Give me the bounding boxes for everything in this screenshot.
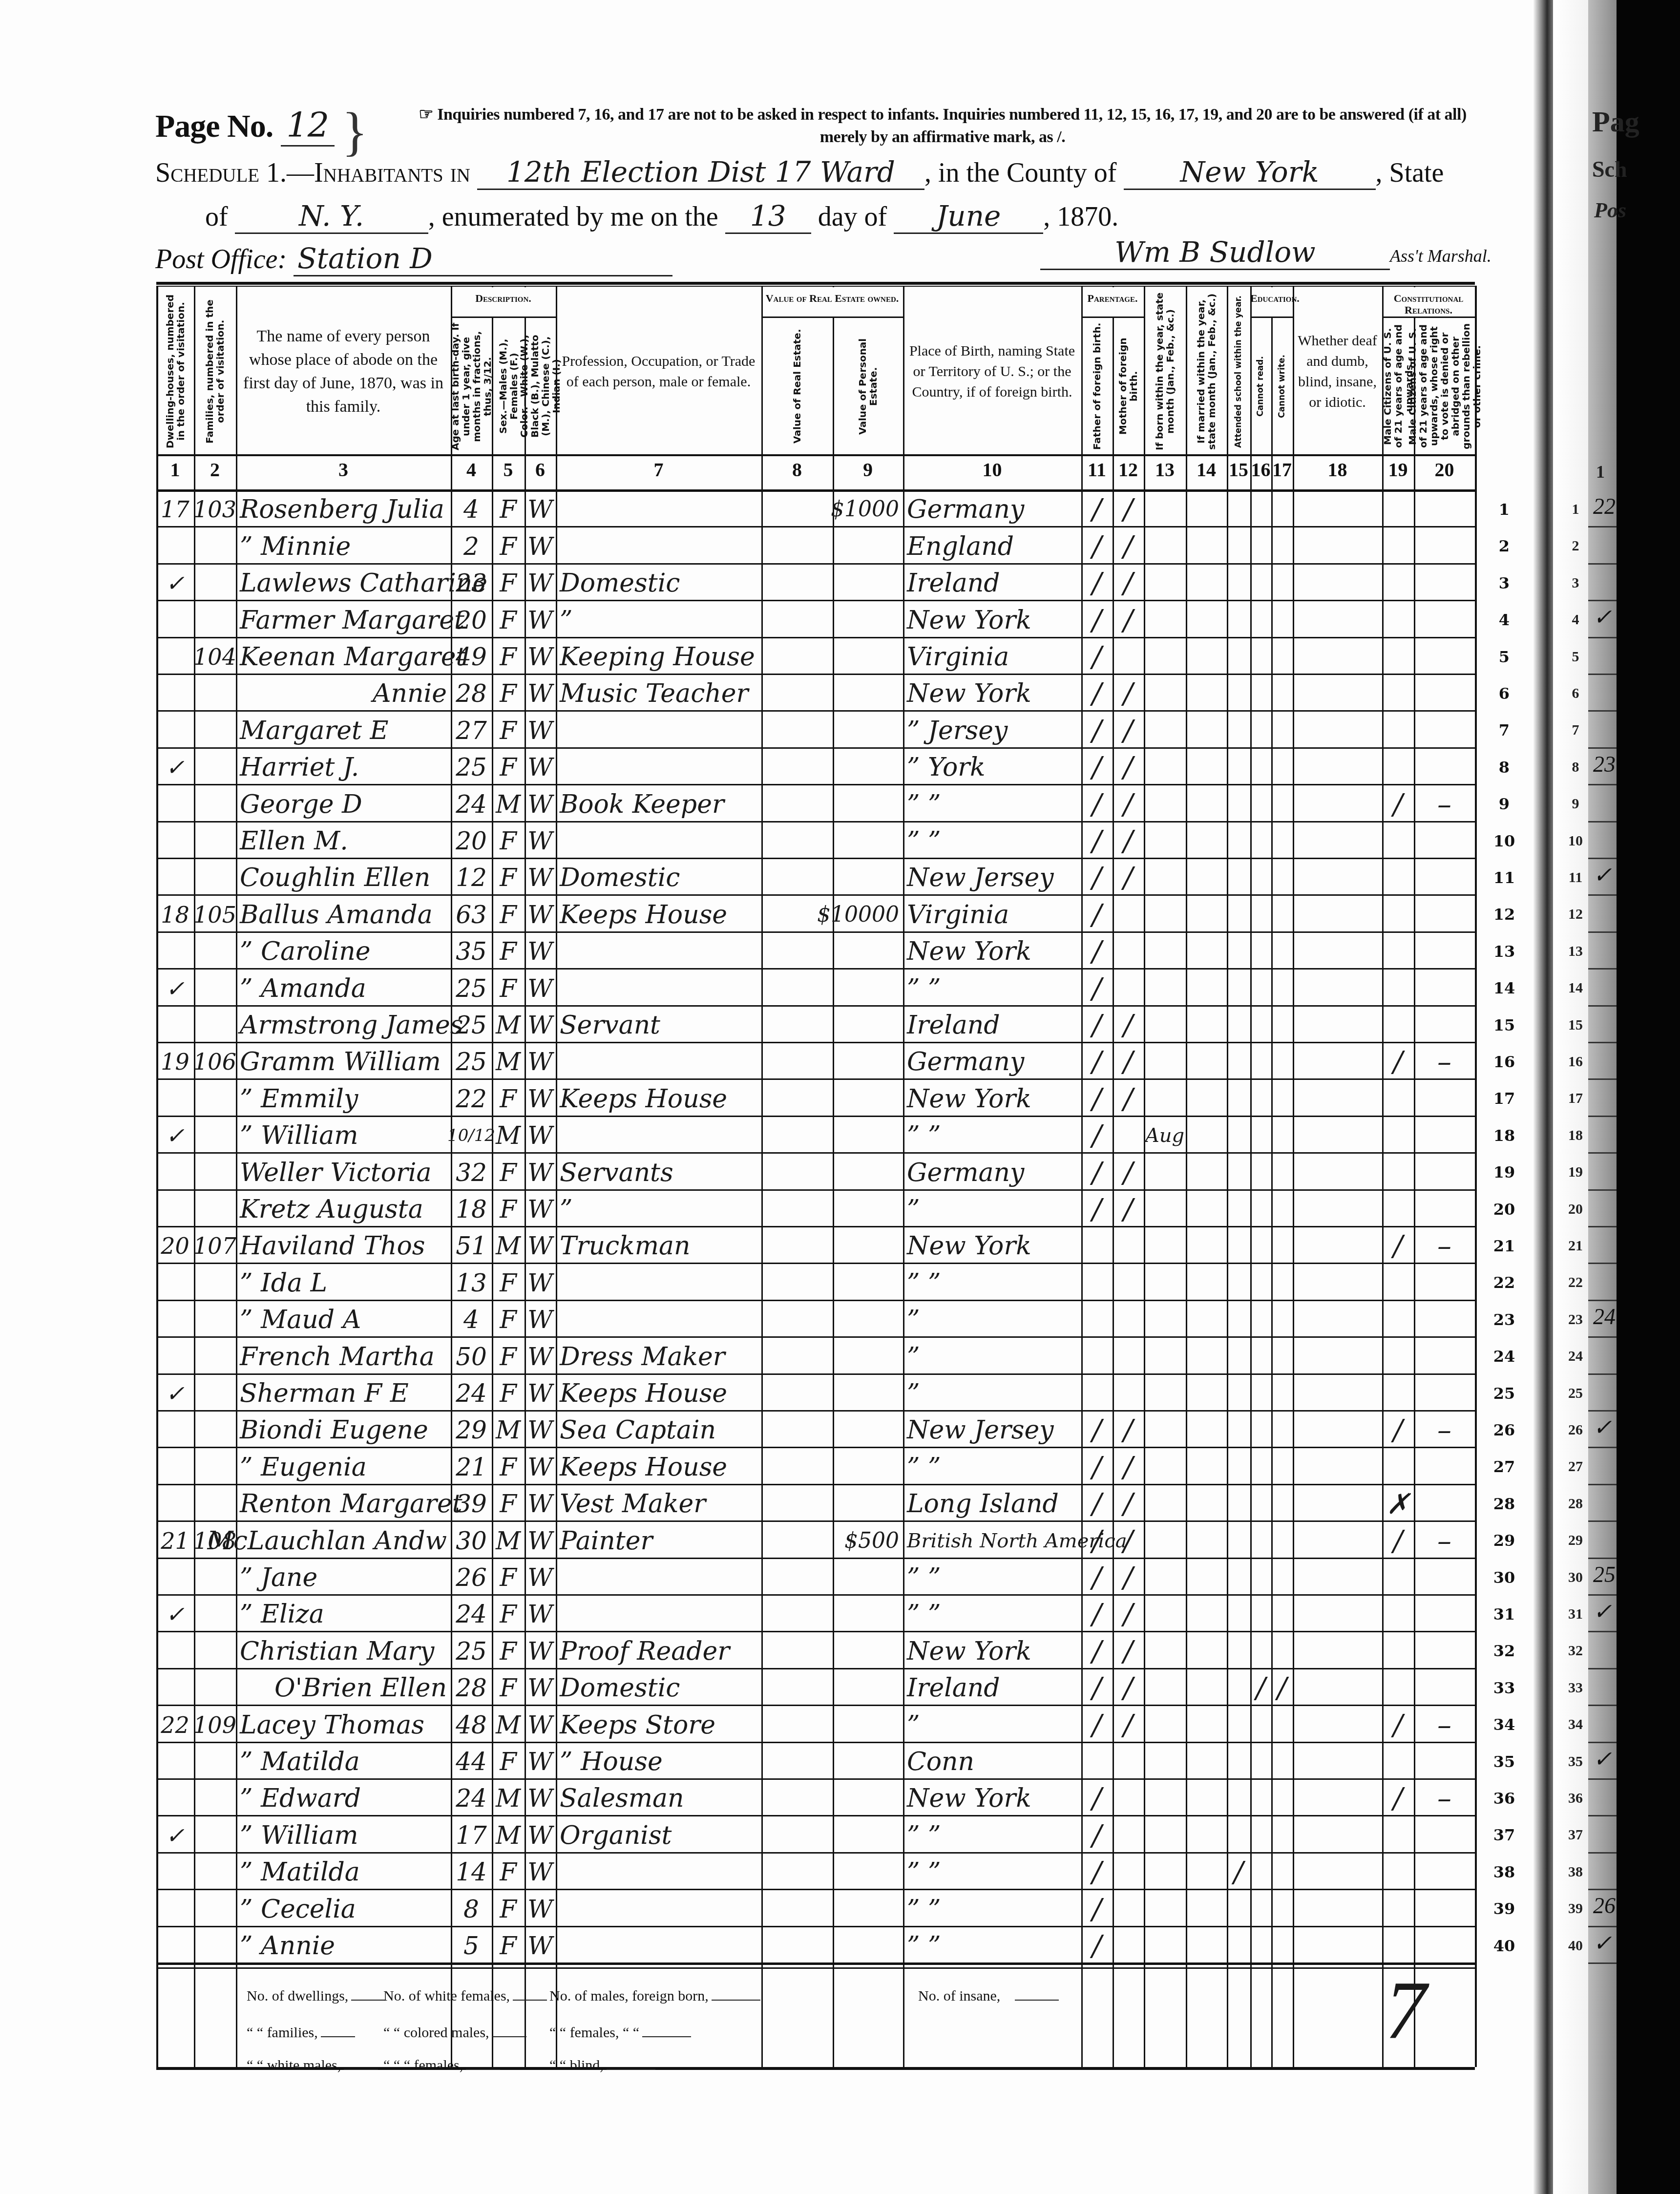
cell-family: 103	[194, 491, 236, 524]
adjacent-row-number: 28	[1561, 1496, 1590, 1512]
cell-age: 27	[451, 712, 492, 745]
row-rule	[156, 1484, 1475, 1485]
cell-father-foreign: /	[1081, 786, 1113, 819]
row-rule	[156, 1152, 1475, 1154]
row-rule	[156, 1926, 1475, 1927]
cell-sex: F	[492, 1560, 525, 1592]
adjacent-row-number: 29	[1561, 1532, 1590, 1549]
row-rule	[156, 1078, 1475, 1080]
adjacent-title-3: Pos	[1594, 198, 1626, 223]
row-number: 17	[1487, 1089, 1521, 1108]
cell-age: 24	[451, 1375, 492, 1408]
cell-sex: F	[492, 1080, 525, 1113]
cell-father-foreign: /	[1081, 639, 1113, 672]
column-number-14: 14	[1186, 458, 1227, 481]
cell-age: 2	[451, 528, 492, 561]
adjacent-row-number: 3	[1561, 575, 1590, 591]
column-header-17: Cannot write.	[1273, 321, 1291, 451]
adjacent-row-number: 14	[1561, 980, 1590, 996]
cell-name: ” Matilda	[240, 1744, 447, 1776]
adjacent-row-rule	[1588, 784, 1617, 785]
column-number-1: 1	[156, 458, 194, 481]
row-rule	[156, 1447, 1475, 1448]
row-number: 31	[1487, 1605, 1521, 1624]
cell-mother-foreign: /	[1113, 1154, 1144, 1187]
cell-dwelling: ✓	[156, 1817, 194, 1850]
cell-name: ” William	[240, 1817, 447, 1850]
cell-father-foreign: /	[1081, 602, 1113, 634]
adjacent-row-number: 23	[1561, 1311, 1590, 1328]
cell-father-foreign: /	[1081, 1007, 1113, 1040]
cell-father-foreign: /	[1081, 1191, 1113, 1224]
cell-name: Haviland Thos	[240, 1228, 447, 1261]
adjacent-row-rule	[1588, 1300, 1617, 1301]
adjacent-row-rule	[1588, 747, 1617, 749]
column-header-3: The name of every person whose place of …	[239, 289, 448, 454]
cell-age: 44	[451, 1744, 492, 1776]
cell-father-foreign: /	[1081, 675, 1113, 708]
adjacent-row-rule	[1588, 1962, 1617, 1964]
cell-occupation: Domestic	[560, 860, 757, 892]
cell-name: Ballus Amanda	[240, 896, 447, 929]
group-header-constitutional: Constitutional Relations.	[1382, 293, 1475, 316]
cell-color: W	[525, 1044, 556, 1076]
cell-name: Margaret E	[240, 712, 447, 745]
row-number: 35	[1487, 1752, 1521, 1771]
cell-birthplace: New York	[907, 1780, 1077, 1813]
cell-age: 25	[451, 749, 492, 782]
cell-vote-denied: –	[1414, 1412, 1475, 1445]
cell-mother-foreign: /	[1113, 1560, 1144, 1592]
adjacent-row-number: 38	[1561, 1864, 1590, 1880]
cell-color: W	[525, 1228, 556, 1261]
row-number: 7	[1487, 721, 1521, 739]
adjacent-row-number: 8	[1561, 759, 1590, 776]
cell-occupation: Book Keeper	[560, 786, 757, 819]
adjacent-row-rule	[1588, 821, 1617, 823]
cell-birthplace: ”	[907, 1375, 1077, 1408]
adjacent-row-rule	[1588, 1889, 1617, 1890]
cell-age: 29	[451, 1412, 492, 1445]
cell-vote-denied: –	[1414, 1707, 1475, 1739]
cell-name: Annie	[240, 675, 447, 708]
cell-occupation: Keeps House	[560, 1375, 757, 1408]
cell-color: W	[525, 1560, 556, 1592]
cell-age: 30	[451, 1522, 492, 1555]
column-header-4: Age at last birth-day. If under 1 year, …	[452, 321, 490, 451]
cell-male-citizen: /	[1382, 1707, 1414, 1739]
cell-sex: M	[492, 1522, 525, 1555]
footer-col-b-1: “ “ colored males,	[383, 2025, 526, 2041]
adjacent-row-rule	[1588, 1852, 1617, 1854]
column-rule	[1144, 286, 1145, 2067]
adjacent-row-rule	[1588, 1410, 1617, 1412]
cell-personal-estate: $1000	[837, 491, 899, 524]
adjacent-row-rule	[1588, 1447, 1617, 1448]
row-rule	[156, 1226, 1475, 1227]
cell-color: W	[525, 970, 556, 1003]
adjacent-row-number: 36	[1561, 1790, 1590, 1807]
cell-sex: F	[492, 1928, 525, 1961]
row-rule	[156, 784, 1475, 785]
adjacent-margin-mark: ✓	[1593, 1930, 1612, 1956]
cell-color: W	[525, 1265, 556, 1297]
cell-mother-foreign: /	[1113, 528, 1144, 561]
row-rule	[156, 1705, 1475, 1706]
column-header-7: Profession, Occupation, or Trade of each…	[559, 289, 758, 454]
row-rule	[156, 1558, 1475, 1559]
row-rule	[156, 1668, 1475, 1669]
adjacent-row-rule	[1588, 1336, 1617, 1338]
cell-father-foreign: /	[1081, 1596, 1113, 1629]
cell-dwelling: ✓	[156, 970, 194, 1003]
adjacent-row-number: 20	[1561, 1201, 1590, 1218]
row-rule	[156, 1300, 1475, 1301]
cell-male-citizen: /	[1382, 1522, 1414, 1555]
cell-birthplace: New York	[907, 1228, 1077, 1261]
cell-mother-foreign: /	[1113, 1080, 1144, 1113]
cell-occupation: Servants	[560, 1154, 757, 1187]
cell-vote-denied: –	[1414, 786, 1475, 819]
group-rule	[451, 316, 556, 318]
cell-father-foreign: /	[1081, 1891, 1113, 1923]
column-number-7: 7	[556, 458, 761, 481]
cell-name: Lawlews Catharine	[240, 565, 447, 598]
adjacent-row-number: 27	[1561, 1458, 1590, 1475]
cell-born-month: Aug	[1148, 1118, 1182, 1150]
cell-mother-foreign: /	[1113, 1007, 1144, 1040]
adjacent-row-rule	[1588, 1189, 1617, 1191]
adjacent-row-number: 10	[1561, 833, 1590, 849]
column-header-16: Cannot read.	[1252, 321, 1270, 451]
cell-name: ” Jane	[240, 1560, 447, 1592]
footer-col-a-2: “ “ white males,	[247, 2057, 378, 2074]
row-number: 10	[1487, 832, 1521, 850]
adjacent-row-number: 24	[1561, 1348, 1590, 1365]
cell-name: Kretz Augusta	[240, 1191, 447, 1224]
cell-age: 24	[451, 786, 492, 819]
row-number: 16	[1487, 1053, 1521, 1071]
cell-mother-foreign: /	[1113, 1449, 1144, 1481]
cell-name: French Martha	[240, 1338, 447, 1371]
row-rule	[156, 931, 1475, 933]
cell-age: 28	[451, 1670, 492, 1703]
cell-name: Armstrong James	[240, 1007, 447, 1040]
adjacent-row-rule	[1588, 1373, 1617, 1375]
cell-age: 50	[451, 1338, 492, 1371]
column-header-9: Value of Personal Estate.	[834, 321, 902, 451]
census-page: Page No. 12 } ☞ Inquiries numbered 7, 16…	[0, 0, 1533, 2194]
adjacent-row-number: 35	[1561, 1753, 1590, 1770]
cell-name: ” Emmily	[240, 1080, 447, 1113]
cell-birthplace: Germany	[907, 1044, 1077, 1076]
cell-color: W	[525, 823, 556, 856]
group-header-real_estate: Value of Real Estate owned.	[761, 293, 903, 304]
cell-age: 26	[451, 1560, 492, 1592]
cell-birthplace: Ireland	[907, 565, 1077, 598]
cell-age: 48	[451, 1707, 492, 1739]
row-number: 21	[1487, 1237, 1521, 1255]
row-rule	[156, 1852, 1475, 1854]
adjacent-margin-mark: 26	[1593, 1893, 1616, 1919]
adjacent-row-number: 6	[1561, 685, 1590, 702]
footer-col19-total: 7	[1385, 1968, 1427, 2051]
row-rule	[156, 563, 1475, 565]
cell-sex: M	[492, 786, 525, 819]
row-number: 4	[1487, 611, 1521, 629]
cell-name: Renton Margaret	[240, 1486, 447, 1519]
cell-sex: M	[492, 1412, 525, 1445]
adjacent-margin-mark: ✓	[1593, 862, 1612, 888]
cell-sex: F	[492, 749, 525, 782]
row-number: 15	[1487, 1016, 1521, 1034]
row-number: 9	[1487, 795, 1521, 813]
cell-occupation: Keeps House	[560, 1080, 757, 1113]
cell-birthplace: ”	[907, 1191, 1077, 1224]
cell-color: W	[525, 639, 556, 672]
cell-age: 25	[451, 1633, 492, 1666]
cell-age: 24	[451, 1780, 492, 1813]
cell-mother-foreign: /	[1113, 1707, 1144, 1739]
adjacent-title-1: Pag	[1592, 105, 1639, 139]
cell-name: Weller Victoria	[240, 1154, 447, 1187]
row-rule	[156, 637, 1475, 638]
cell-mother-foreign: /	[1113, 860, 1144, 892]
adjacent-row-rule	[1588, 1594, 1617, 1596]
binding-gutter	[1533, 0, 1553, 2194]
cell-sex: F	[492, 933, 525, 966]
cell-color: W	[525, 1302, 556, 1334]
cell-occupation: Salesman	[560, 1780, 757, 1813]
cell-age: 25	[451, 1007, 492, 1040]
cell-age: 8	[451, 1891, 492, 1923]
cell-dwelling: ✓	[156, 565, 194, 598]
cell-dwelling: ✓	[156, 749, 194, 782]
cell-sex: F	[492, 528, 525, 561]
column-rule	[1227, 286, 1228, 2067]
column-header-6: Color.—White (W.), Black (B.), Mulatto (…	[526, 321, 554, 451]
cell-birthplace: ”	[907, 1302, 1077, 1334]
cell-family: 104	[194, 639, 236, 672]
row-number: 12	[1487, 905, 1521, 924]
cell-occupation: Keeping House	[560, 639, 757, 672]
adjacent-row-rule	[1588, 1226, 1617, 1227]
cell-color: W	[525, 1191, 556, 1224]
column-header-11: Father of foreign birth.	[1083, 321, 1111, 451]
column-header-18: Whether deaf and dumb, blind, insane, or…	[1296, 289, 1379, 454]
cell-birthplace: ” Jersey	[907, 712, 1077, 745]
row-number: 19	[1487, 1163, 1521, 1181]
cell-color: W	[525, 749, 556, 782]
table-top-rule-thin	[156, 286, 1475, 287]
cell-mother-foreign: /	[1113, 1633, 1144, 1666]
cell-color: W	[525, 786, 556, 819]
cell-color: W	[525, 565, 556, 598]
adjacent-row-number: 13	[1561, 943, 1590, 960]
cell-sex: F	[492, 1375, 525, 1408]
cell-age: 4	[451, 491, 492, 524]
cell-mother-foreign: /	[1113, 1596, 1144, 1629]
group-rule	[1081, 316, 1144, 318]
footer-col-a-1: “ “ families,	[247, 2025, 355, 2041]
scan-background	[1617, 0, 1680, 2194]
column-number-12: 12	[1113, 458, 1144, 481]
cell-birthplace: ” ”	[907, 1596, 1077, 1629]
adjacent-row-rule	[1588, 1631, 1617, 1632]
cell-name: ” Minnie	[240, 528, 447, 561]
cell-family: 106	[194, 1044, 236, 1076]
cell-age: 13	[451, 1265, 492, 1297]
cell-birthplace: ” ”	[907, 1560, 1077, 1592]
adjacent-col-number: 1	[1596, 462, 1605, 482]
row-number: 24	[1487, 1347, 1521, 1366]
adjacent-row-rule	[1588, 1815, 1617, 1816]
cell-dwelling: ✓	[156, 1118, 194, 1150]
cell-mother-foreign: /	[1113, 786, 1144, 819]
cell-age: 35	[451, 933, 492, 966]
adjacent-row-rule	[1588, 600, 1617, 601]
cell-age: 49	[451, 639, 492, 672]
column-number-19: 19	[1382, 458, 1414, 481]
row-rule	[156, 1889, 1475, 1890]
row-number: 3	[1487, 574, 1521, 592]
cell-dwelling: 17	[156, 491, 194, 524]
row-number: 32	[1487, 1642, 1521, 1660]
cell-mother-foreign: /	[1113, 565, 1144, 598]
cell-color: W	[525, 1780, 556, 1813]
cell-sex: F	[492, 602, 525, 634]
cell-father-foreign: /	[1081, 970, 1113, 1003]
cell-age: 25	[451, 970, 492, 1003]
cell-name: ” Cecelia	[240, 1891, 447, 1923]
cell-sex: M	[492, 1228, 525, 1261]
cell-birthplace: New York	[907, 1633, 1077, 1666]
cell-birthplace: Germany	[907, 1154, 1077, 1187]
column-header-15: Attended school within the year.	[1228, 292, 1249, 451]
cell-age: 23	[451, 565, 492, 598]
cell-color: W	[525, 1596, 556, 1629]
cell-occupation: ”	[560, 1191, 757, 1224]
adjacent-row-number: 40	[1561, 1938, 1590, 1954]
cell-vote-denied: –	[1414, 1522, 1475, 1555]
footer-insane: No. of insane,	[918, 1988, 1059, 2004]
cell-color: W	[525, 1449, 556, 1481]
cell-male-citizen: /	[1382, 1780, 1414, 1813]
cell-name: Biondi Eugene	[240, 1412, 447, 1445]
row-number: 39	[1487, 1899, 1521, 1918]
column-number-11: 11	[1081, 458, 1113, 481]
row-number: 40	[1487, 1937, 1521, 1955]
adjacent-row-number: 19	[1561, 1164, 1590, 1181]
column-number-16: 16	[1250, 458, 1271, 481]
adjacent-row-rule	[1588, 1078, 1617, 1080]
column-rule	[903, 286, 904, 2067]
column-number-20: 20	[1414, 458, 1475, 481]
column-rule	[156, 286, 158, 2067]
footer-col-b-0: No. of white females,	[383, 1988, 547, 2004]
cell-color: W	[525, 1412, 556, 1445]
adjacent-row-rule	[1588, 931, 1617, 933]
cell-sex: M	[492, 1707, 525, 1739]
cell-birthplace: Conn	[907, 1744, 1077, 1776]
cell-color: W	[525, 896, 556, 929]
row-number: 34	[1487, 1715, 1521, 1734]
cell-dwelling: 22	[156, 1707, 194, 1739]
adjacent-row-number: 12	[1561, 906, 1590, 923]
footer-col-b-2: “ “ “ females,	[383, 2057, 500, 2074]
cell-color: W	[525, 712, 556, 745]
row-rule	[156, 1594, 1475, 1596]
cell-father-foreign: /	[1081, 528, 1113, 561]
cell-occupation: Music Teacher	[560, 675, 757, 708]
cell-vote-denied: –	[1414, 1044, 1475, 1076]
cell-father-foreign: /	[1081, 749, 1113, 782]
cell-sex: F	[492, 1596, 525, 1629]
column-rule	[556, 286, 557, 2067]
table-bottom-rule	[156, 1967, 1475, 1969]
cell-father-foreign: /	[1081, 1449, 1113, 1481]
cell-birthplace: ” ”	[907, 1891, 1077, 1923]
cell-birthplace: New York	[907, 602, 1077, 634]
cell-occupation: Vest Maker	[560, 1486, 757, 1519]
cell-sex: F	[492, 860, 525, 892]
footer-col-a-0: No. of dwellings,	[247, 1988, 385, 2004]
adjacent-row-number: 18	[1561, 1127, 1590, 1144]
cell-dwelling: 19	[156, 1044, 194, 1076]
cell-name: Rosenberg Julia	[240, 491, 447, 524]
cell-birthplace: Long Island	[907, 1486, 1077, 1519]
cell-sex: F	[492, 712, 525, 745]
row-number: 14	[1487, 979, 1521, 997]
column-rule	[194, 286, 195, 2067]
column-rule	[1250, 286, 1252, 2067]
cell-father-foreign: /	[1081, 1854, 1113, 1887]
cell-dwelling: 20	[156, 1228, 194, 1261]
cell-name: ” Ida L	[240, 1265, 447, 1297]
cell-birthplace: New York	[907, 933, 1077, 966]
cell-father-foreign: /	[1081, 1522, 1113, 1555]
cell-vote-denied: –	[1414, 1228, 1475, 1261]
cell-age: 22	[451, 1080, 492, 1113]
adjacent-row-rule	[1588, 1116, 1617, 1117]
adjacent-margin-mark: ✓	[1593, 604, 1612, 630]
cell-father-foreign: /	[1081, 933, 1113, 966]
cell-sex: F	[492, 1449, 525, 1481]
cell-male-citizen: /	[1382, 1228, 1414, 1261]
cell-family: 105	[194, 896, 236, 929]
cell-name: O'Brien Ellen	[240, 1670, 447, 1703]
row-number: 25	[1487, 1384, 1521, 1403]
cell-name: ” William	[240, 1118, 447, 1150]
cell-name: ” Edward	[240, 1780, 447, 1813]
cell-name: Christian Mary	[240, 1633, 447, 1666]
adjacent-row-number: 9	[1561, 796, 1590, 812]
cell-mother-foreign: /	[1113, 1486, 1144, 1519]
column-number-18: 18	[1293, 458, 1382, 481]
group-header-parentage: Parentage.	[1081, 293, 1144, 304]
cell-mother-foreign: /	[1113, 1522, 1144, 1555]
cell-color: W	[525, 1118, 556, 1150]
cell-sex: F	[492, 1265, 525, 1297]
cell-color: W	[525, 1375, 556, 1408]
cell-age: 5	[451, 1928, 492, 1961]
cell-father-foreign: /	[1081, 1080, 1113, 1113]
adjacent-row-rule	[1588, 1042, 1617, 1043]
adjacent-row-rule	[1588, 894, 1617, 896]
cell-mother-foreign: /	[1113, 712, 1144, 745]
row-rule	[156, 1778, 1475, 1780]
cell-mother-foreign: /	[1113, 675, 1144, 708]
